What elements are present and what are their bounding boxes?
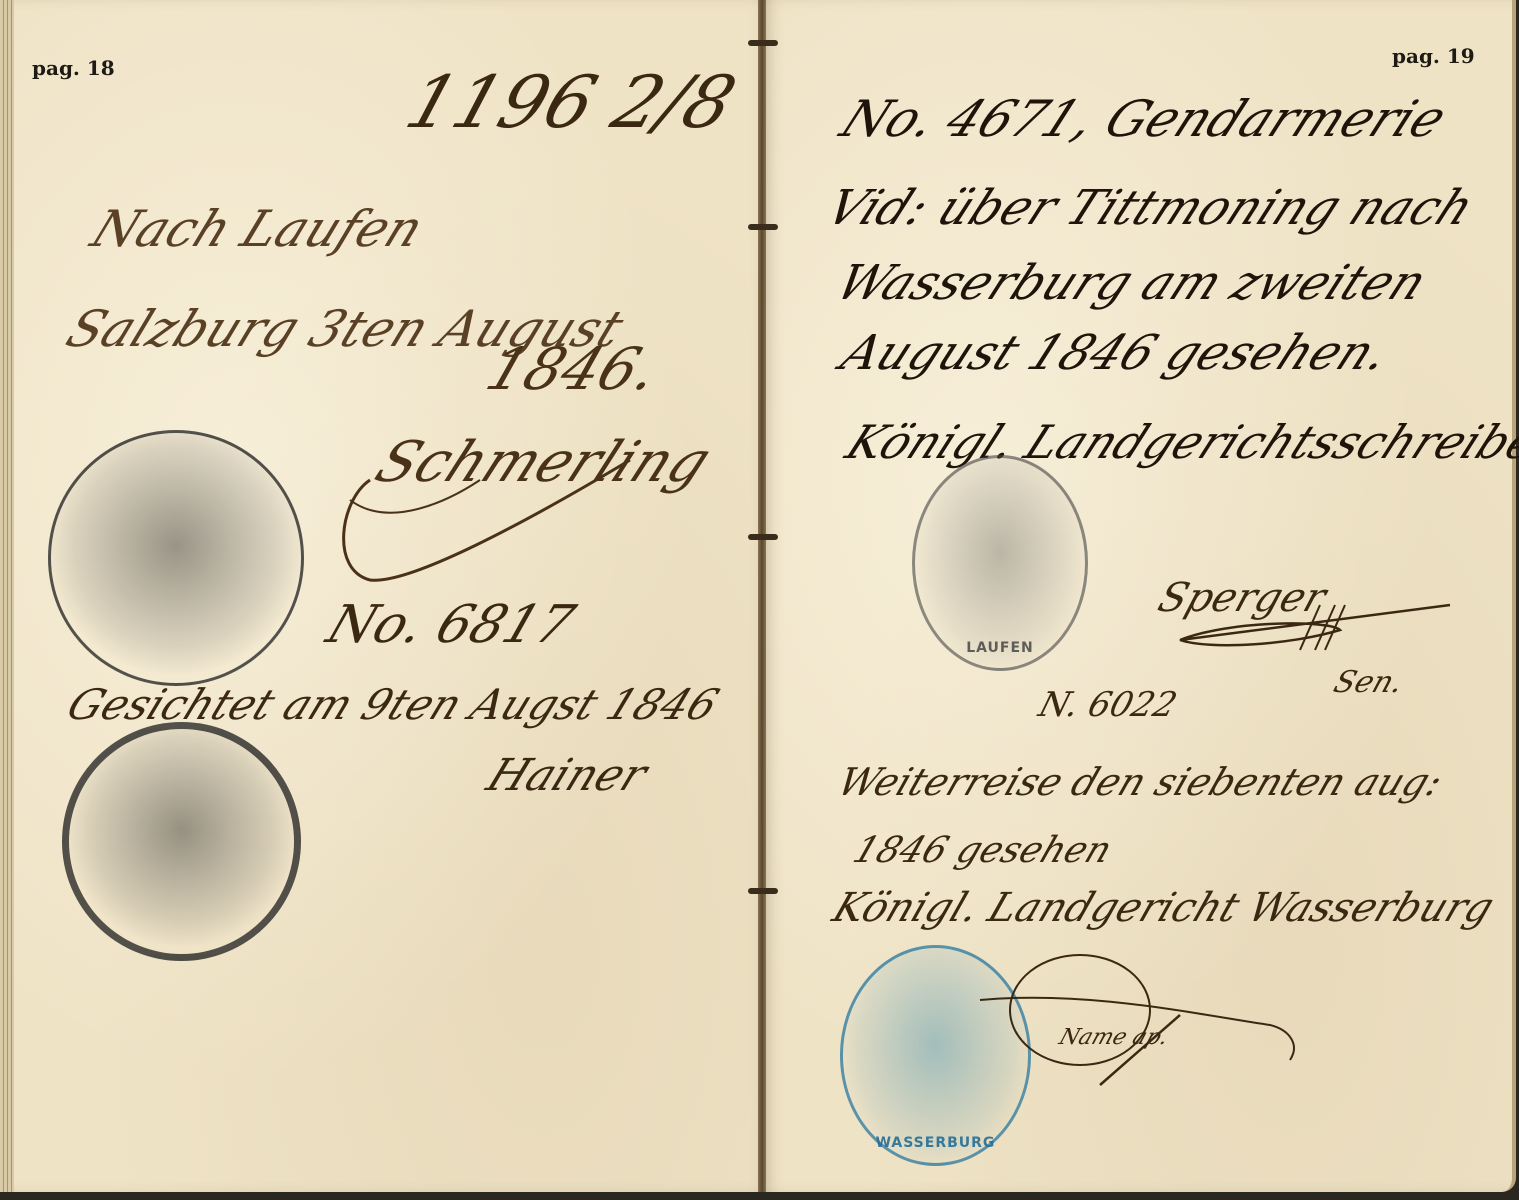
gendarmerie-line: No. 4671, Gendarmerie xyxy=(832,90,1456,148)
binding-stitch xyxy=(748,224,778,230)
signature-hainer: Hainer xyxy=(480,750,655,801)
binding-stitch xyxy=(748,534,778,540)
onward-travel-line: Weiterreise den siebenten aug: xyxy=(832,760,1449,804)
signature-flourish xyxy=(330,440,650,590)
ledger-number: 1196 2/8 xyxy=(396,60,745,144)
official-stamp-lower xyxy=(62,722,301,961)
signature-underline xyxy=(1170,600,1460,660)
final-signature-flourish xyxy=(970,945,1310,1095)
page-number-right: pag. 19 xyxy=(1392,44,1475,68)
entry-number-right: N. 6022 xyxy=(1034,685,1181,725)
court-office-line: Königl. Landgerichtsschreiberei xyxy=(838,415,1519,469)
route-line: Vid: über Tittmoning nach xyxy=(818,180,1483,236)
year-seen-line: 1846 gesehen xyxy=(848,830,1118,871)
date-seen-line: August 1846 gesehen. xyxy=(833,325,1399,381)
entry-number: No. 6817 xyxy=(319,595,582,655)
final-signature: Name ap. xyxy=(1056,1025,1172,1050)
sen-annotation: Sen. xyxy=(1329,665,1408,700)
destination-line: Nach Laufen xyxy=(83,200,432,258)
official-stamp-upper xyxy=(48,430,304,686)
binding-gutter xyxy=(758,0,766,1192)
binding-stitch xyxy=(748,888,778,894)
page-number-left: pag. 18 xyxy=(32,56,115,80)
binding-stitch xyxy=(748,40,778,46)
destination-line-right: Wasserburg am zweiten xyxy=(828,255,1436,311)
page-edges xyxy=(0,0,14,1192)
viewed-date-line: Gesichtet am 9ten Augst 1846 xyxy=(60,680,726,729)
year-line: 1846. xyxy=(478,335,669,403)
landgericht-line: Königl. Landgericht Wasserburg xyxy=(827,885,1500,931)
stamp-laufen: LAUFEN xyxy=(912,455,1088,671)
